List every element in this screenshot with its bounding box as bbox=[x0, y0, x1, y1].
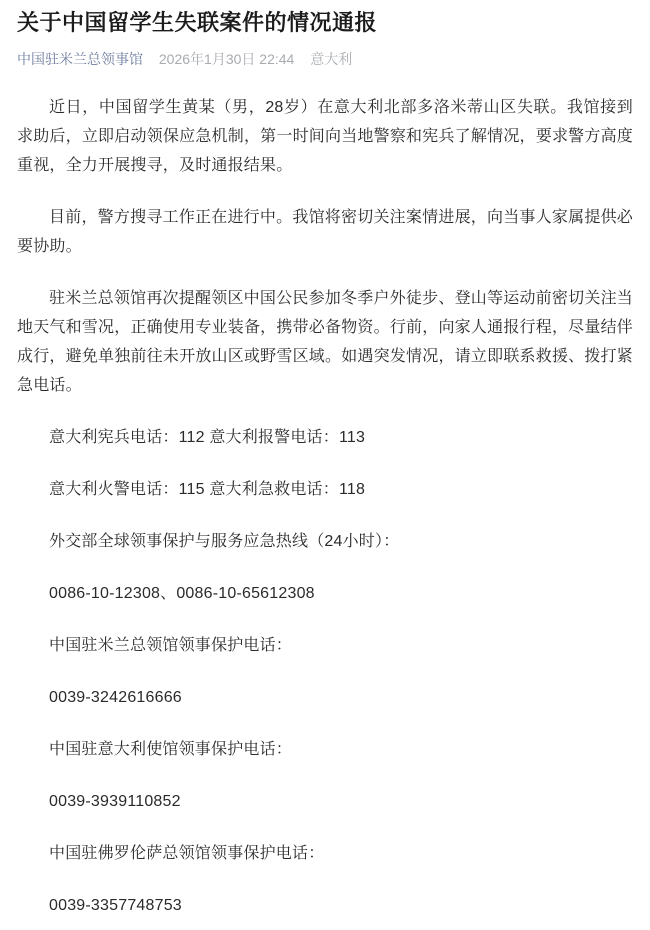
italy-embassy-phone-label: 中国驻意大利使馆领事保护电话： bbox=[17, 735, 633, 764]
hotline-mfa-numbers: 0086-10-12308、0086-10-65612308 bbox=[17, 579, 633, 608]
phone-line-fire-ambulance: 意大利火警电话：115 意大利急救电话：118 bbox=[17, 475, 633, 504]
article-title: 关于中国留学生失联案件的情况通报 bbox=[17, 6, 633, 38]
hotline-mfa-label: 外交部全球领事保护与服务应急热线（24小时）： bbox=[17, 527, 633, 556]
paragraph-incident-intro: 近日，中国留学生黄某（男，28岁）在意大利北部多洛米蒂山区失联。我馆接到求助后，… bbox=[17, 93, 633, 180]
italy-embassy-phone-number: 0039-3939110852 bbox=[17, 787, 633, 816]
article-body: 近日，中国留学生黄某（男，28岁）在意大利北部多洛米蒂山区失联。我馆接到求助后，… bbox=[17, 93, 633, 920]
byline-source-link[interactable]: 中国驻米兰总领事馆 bbox=[17, 51, 143, 67]
byline: 中国驻米兰总领事馆 2026年1月30日 22:44 意大利 bbox=[17, 50, 633, 68]
florence-consulate-phone-label: 中国驻佛罗伦萨总领馆领事保护电话： bbox=[17, 839, 633, 868]
byline-datetime: 2026年1月30日 22:44 bbox=[159, 51, 294, 67]
milan-consulate-phone-number: 0039-3242616666 bbox=[17, 683, 633, 712]
paragraph-safety-reminder: 驻米兰总领馆再次提醒领区中国公民参加冬季户外徒步、登山等运动前密切关注当地天气和… bbox=[17, 284, 633, 400]
article-page: 关于中国留学生失联案件的情况通报 中国驻米兰总领事馆 2026年1月30日 22… bbox=[0, 0, 650, 930]
milan-consulate-phone-label: 中国驻米兰总领馆领事保护电话： bbox=[17, 631, 633, 660]
paragraph-search-status: 目前，警方搜寻工作正在进行中。我馆将密切关注案情进展，向当事人家属提供必要协助。 bbox=[17, 203, 633, 261]
phone-line-carabinieri-police: 意大利宪兵电话：112 意大利报警电话：113 bbox=[17, 423, 633, 452]
byline-location: 意大利 bbox=[310, 51, 352, 67]
florence-consulate-phone-number: 0039-3357748753 bbox=[17, 891, 633, 920]
